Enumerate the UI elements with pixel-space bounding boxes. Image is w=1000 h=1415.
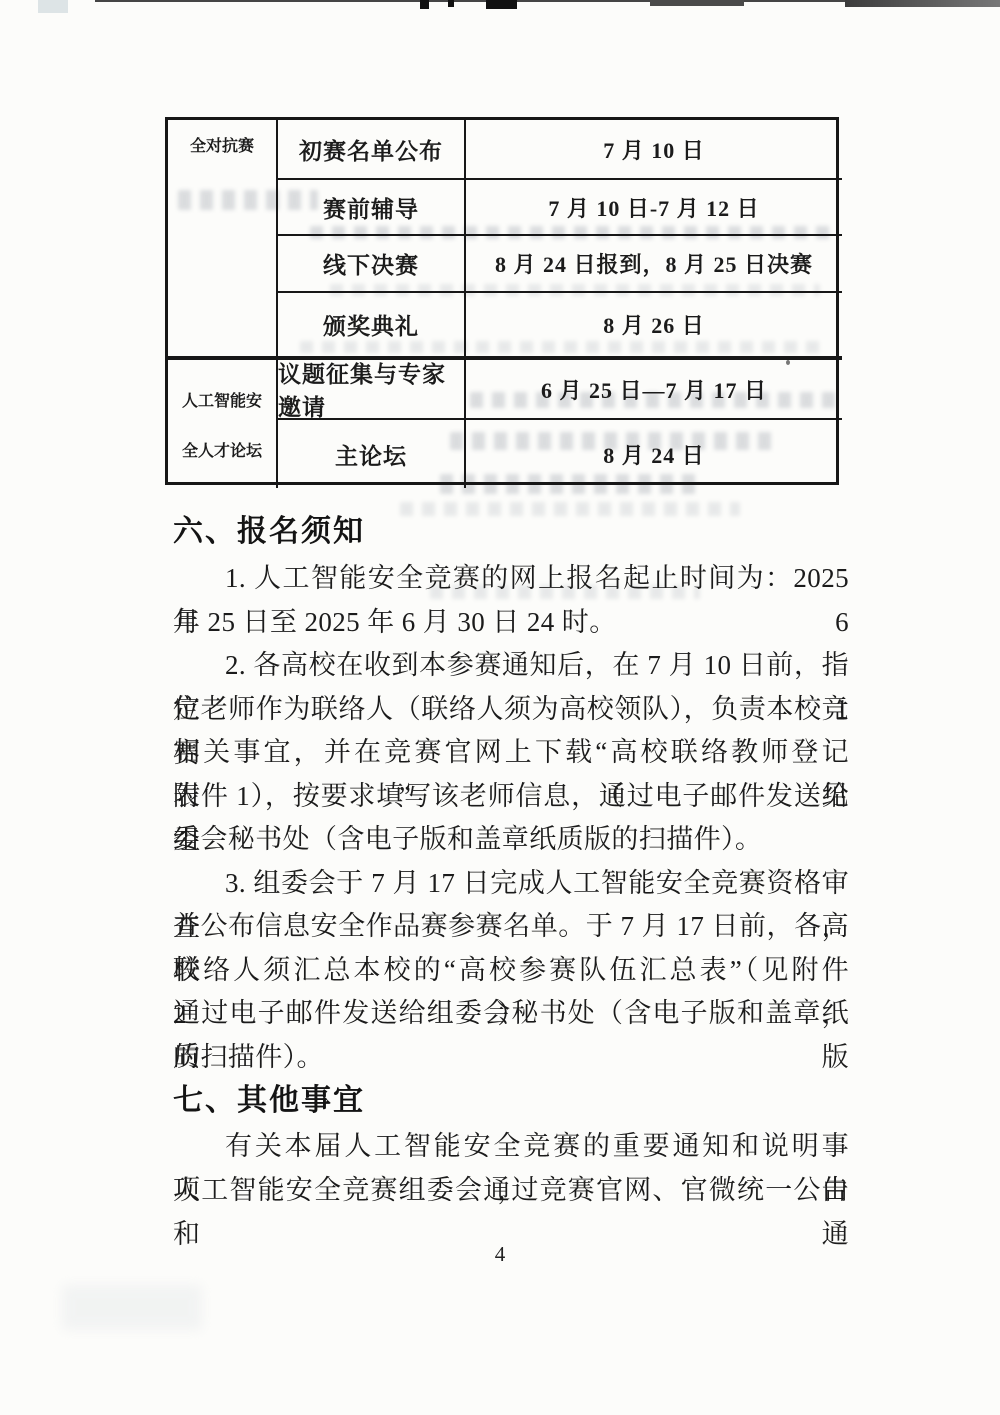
table-cell-date: 8 月 24 日: [466, 420, 842, 488]
table-cell-date: 7 月 10 日: [466, 120, 842, 180]
table-cell-stage: 议题征集与专家邀请: [278, 360, 466, 420]
scan-edge-artifact: [486, 0, 517, 9]
paragraph-line: 2. 各高校在收到本参赛通知后，在 7 月 10 日前，指定 1: [173, 643, 849, 687]
paragraph-line: 有关本届人工智能安全竞赛的重要通知和说明事项，由: [173, 1124, 849, 1168]
paragraph-line: 人工智能安全竞赛组委会通过竞赛官网、官微统一公告和通: [173, 1168, 849, 1212]
scan-edge-artifact: [845, 0, 1000, 7]
schedule-table: 全对抗赛 人工智能安 全人才论坛 初赛名单公布 7 月 10 日 赛前辅导 7 …: [165, 117, 839, 485]
paragraph-line: 位老师作为联络人（联络人须为高校领队），负责本校竞赛: [173, 687, 849, 731]
paragraph-line: 附件 1），按要求填写该老师信息，通过电子邮件发送给组: [173, 774, 849, 818]
section-heading-7: 七、其他事宜: [173, 1081, 365, 1121]
table-cell-track-forum: 人工智能安 全人才论坛: [168, 360, 278, 488]
paragraph-line: 3. 组委会于 7 月 17 日完成人工智能安全竞赛资格审查，: [173, 861, 849, 905]
scan-edge-artifact: [420, 0, 429, 9]
section-heading-6: 六、报名须知: [173, 512, 365, 552]
paragraph-line: 委会秘书处（含电子版和盖章纸质版的扫描件）。: [173, 817, 849, 861]
table-cell-date: 6 月 25 日—7 月 17 日: [466, 360, 842, 420]
paragraph-line: 联络人须汇总本校的“高校参赛队伍汇总表”（见附件 2），: [173, 948, 849, 992]
table-cell-date: 7 月 10 日-7 月 12 日: [466, 180, 842, 236]
table-cell-track-adversarial: 全对抗赛: [168, 120, 278, 360]
scan-smudge: [62, 1285, 202, 1330]
paragraph-line: 月 25 日至 2025 年 6 月 30 日 24 时。: [173, 600, 849, 644]
paragraph-line: 并公布信息安全作品赛参赛名单。于 7 月 17 日前，各高校: [173, 904, 849, 948]
paragraph-line: 相关事宜，并在竞赛官网上下载“高校联络教师登记表”（见: [173, 730, 849, 774]
table-cell-date: 8 月 26 日: [466, 293, 842, 360]
paragraph-line: 1. 人工智能安全竞赛的网上报名起止时间为：2025 年 6: [173, 556, 849, 600]
paragraph-line: 的扫描件）。: [173, 1035, 849, 1079]
page-number: 4: [0, 1242, 1000, 1267]
scan-edge-artifact: [650, 0, 744, 6]
table-cell-date: 8 月 24 日报到，8 月 25 日决赛: [466, 236, 842, 293]
table-cell-stage: 赛前辅导: [278, 180, 466, 236]
table-cell-stage: 颁奖典礼: [278, 293, 466, 360]
track-label-line2: 全人才论坛: [182, 438, 262, 461]
table-cell-stage: 主论坛: [278, 420, 466, 488]
paragraph-line: 通过电子邮件发送给组委会秘书处（含电子版和盖章纸质版: [173, 991, 849, 1035]
bleed-through-artifact: [400, 502, 740, 516]
track-label-line1: 人工智能安: [182, 388, 262, 411]
scan-edge-artifact: [448, 0, 454, 7]
scan-corner-patch: [38, 0, 68, 13]
table-cell-stage: 初赛名单公布: [278, 120, 466, 180]
table-cell-stage: 线下决赛: [278, 236, 466, 293]
document-page: 全对抗赛 人工智能安 全人才论坛 初赛名单公布 7 月 10 日 赛前辅导 7 …: [0, 0, 1000, 1415]
track-label: 全对抗赛: [190, 133, 254, 156]
